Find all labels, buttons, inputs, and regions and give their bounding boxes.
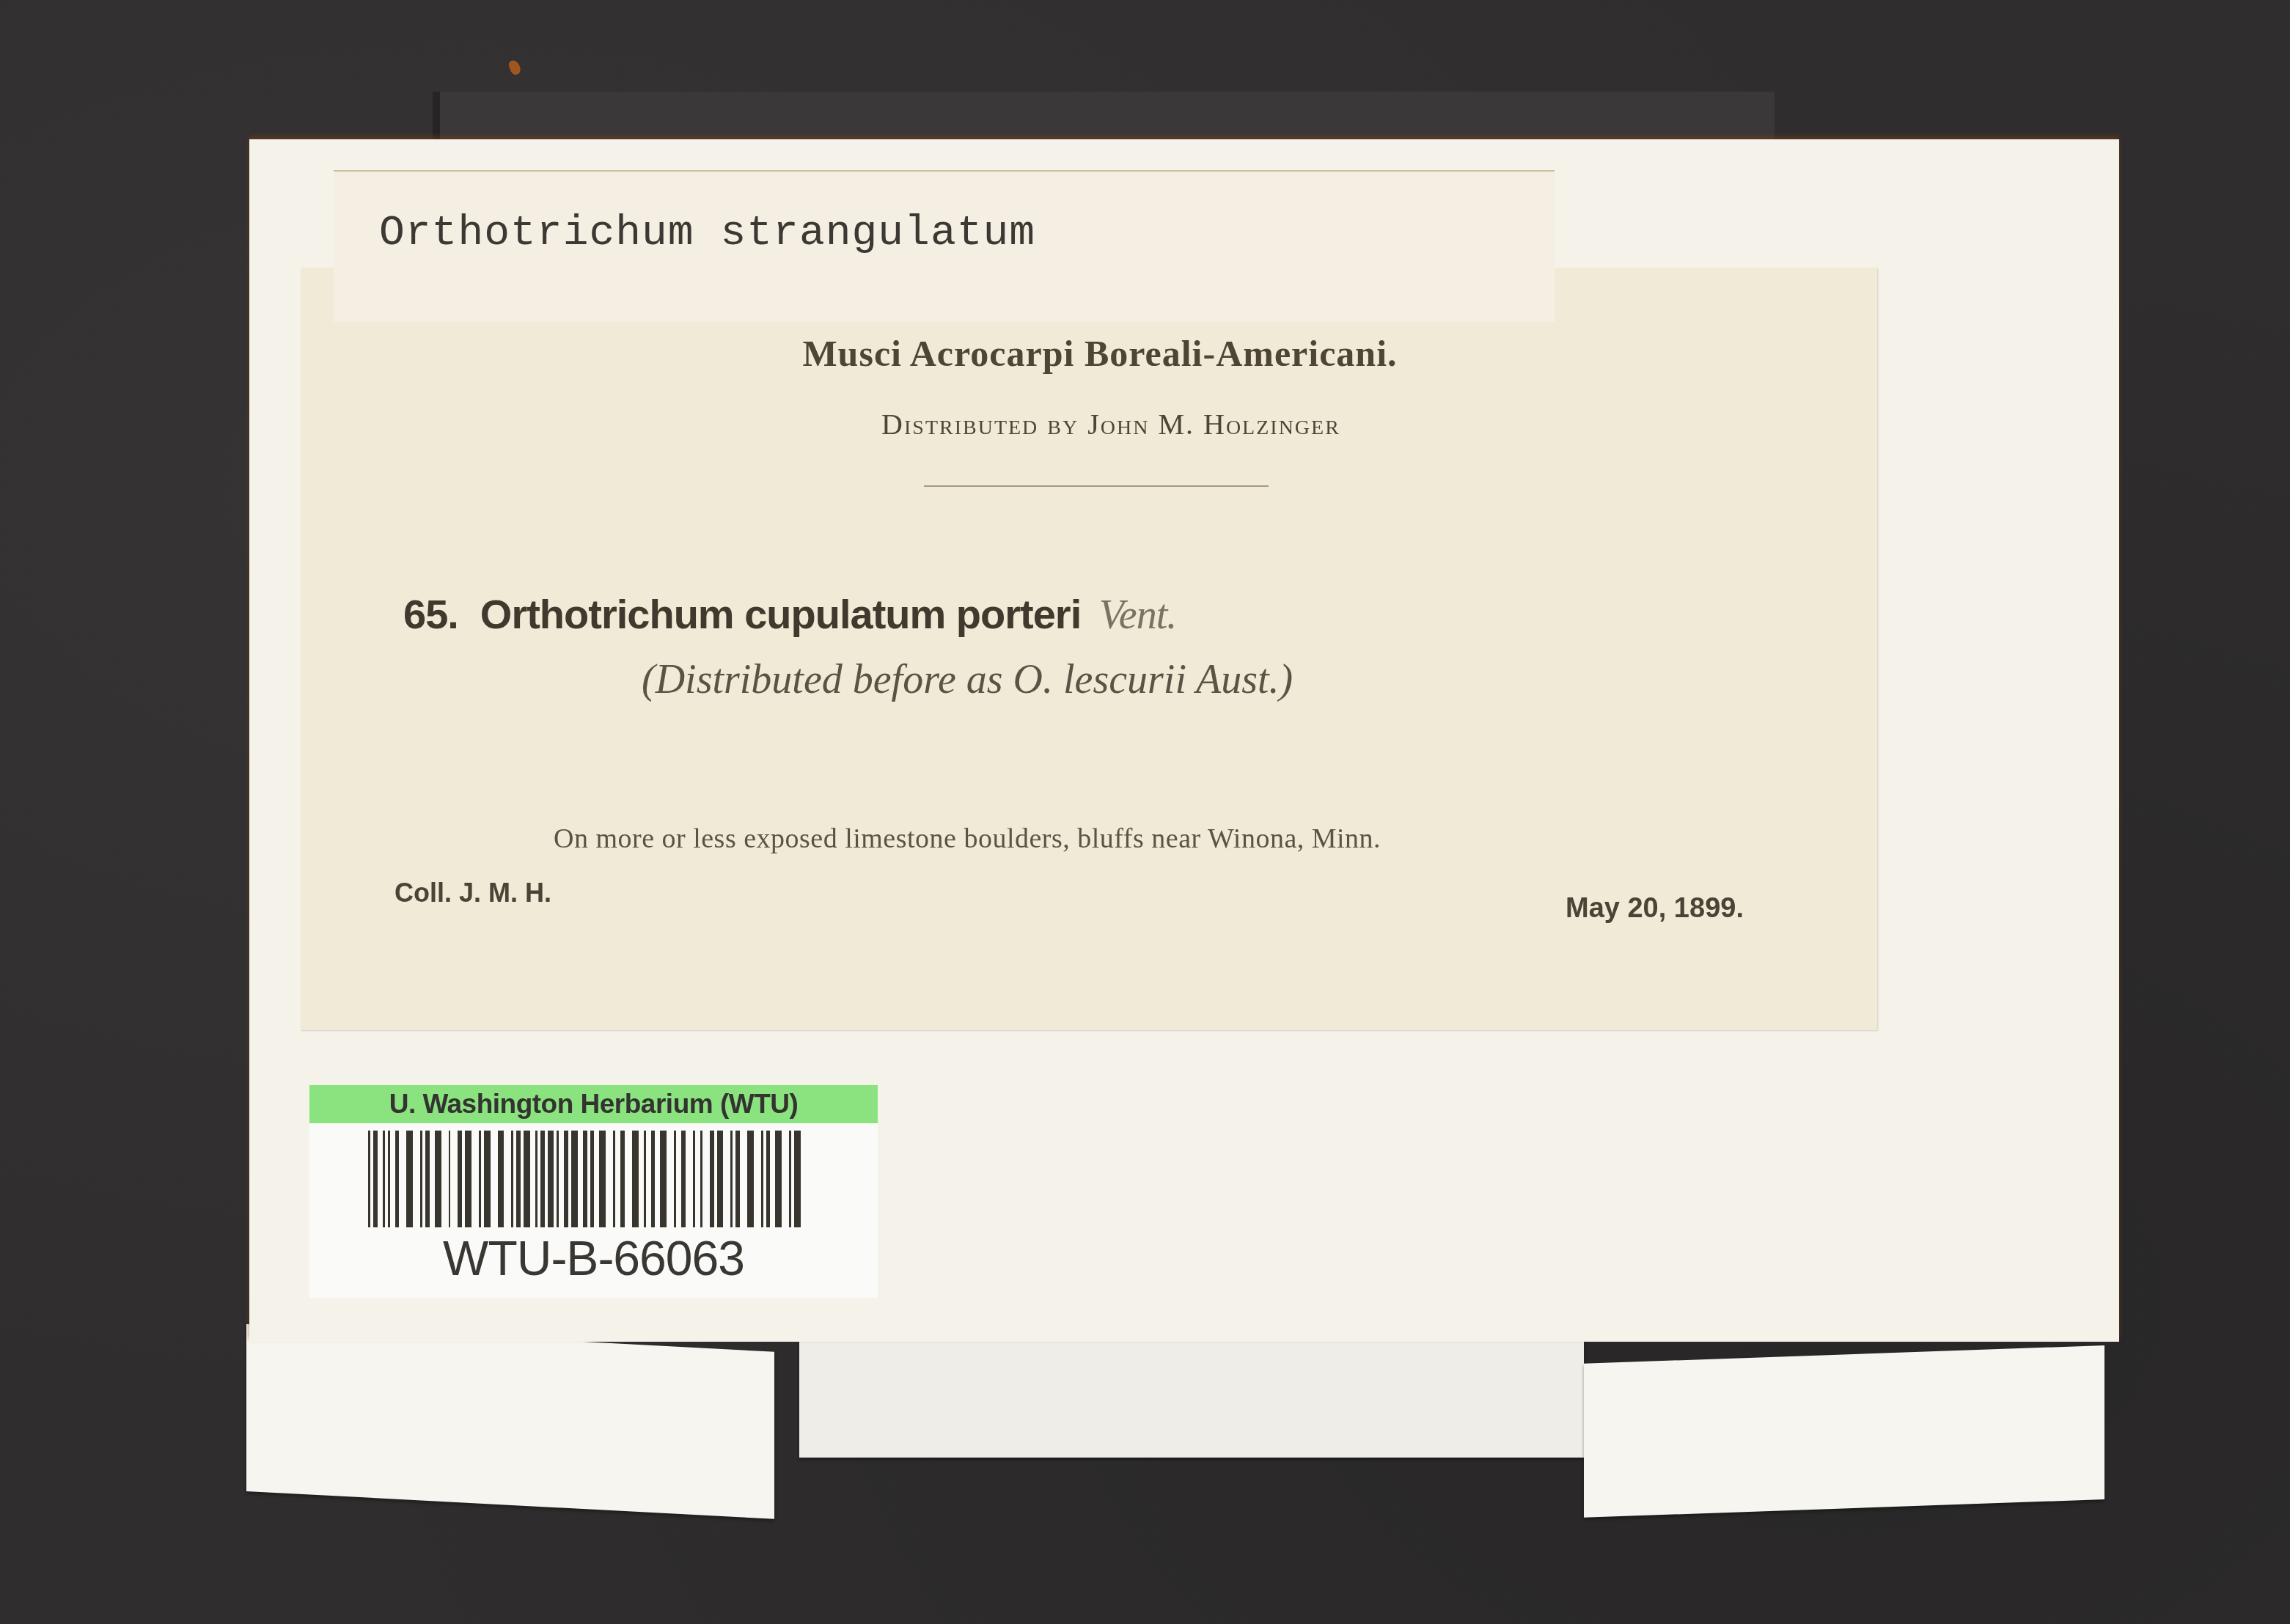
taxon-line: 65.Orthotrichum cupulatum porteri Vent. xyxy=(403,590,1176,639)
series-title: Musci Acrocarpi Boreali-Americani. xyxy=(301,332,1877,375)
printed-label: Musci Acrocarpi Boreali-Americani. Distr… xyxy=(301,268,1877,1030)
taxon-number: 65. xyxy=(403,591,458,637)
collection-date: May 20, 1899. xyxy=(1566,893,1744,925)
packet-flap-right xyxy=(1584,1345,2104,1518)
annotation-label: Orthotrichum strangulatum xyxy=(334,170,1555,322)
taxon-author: Vent. xyxy=(1099,592,1176,638)
packet-flap-middle xyxy=(799,1334,1584,1458)
barcode-icon xyxy=(368,1131,808,1227)
collector: Coll. J. M. H. xyxy=(394,878,551,908)
previous-distribution: (Distributed before as O. lescurii Aust.… xyxy=(642,656,1293,703)
packet-flap-left xyxy=(246,1324,774,1519)
institution-header: U. Washington Herbarium (WTU) xyxy=(309,1085,878,1123)
barcode-label: U. Washington Herbarium (WTU) WTU-B-6606… xyxy=(309,1085,878,1298)
taxon-name: Orthotrichum cupulatum porteri xyxy=(480,591,1081,637)
annotation-taxon: Orthotrichum strangulatum xyxy=(379,210,1035,257)
distributor-line: Distributed by John M. Holzinger xyxy=(301,407,1877,441)
catalog-number: WTU-B-66063 xyxy=(309,1230,878,1286)
habitat-text: On more or less exposed limestone boulde… xyxy=(554,823,1381,855)
divider-rule xyxy=(924,485,1269,487)
